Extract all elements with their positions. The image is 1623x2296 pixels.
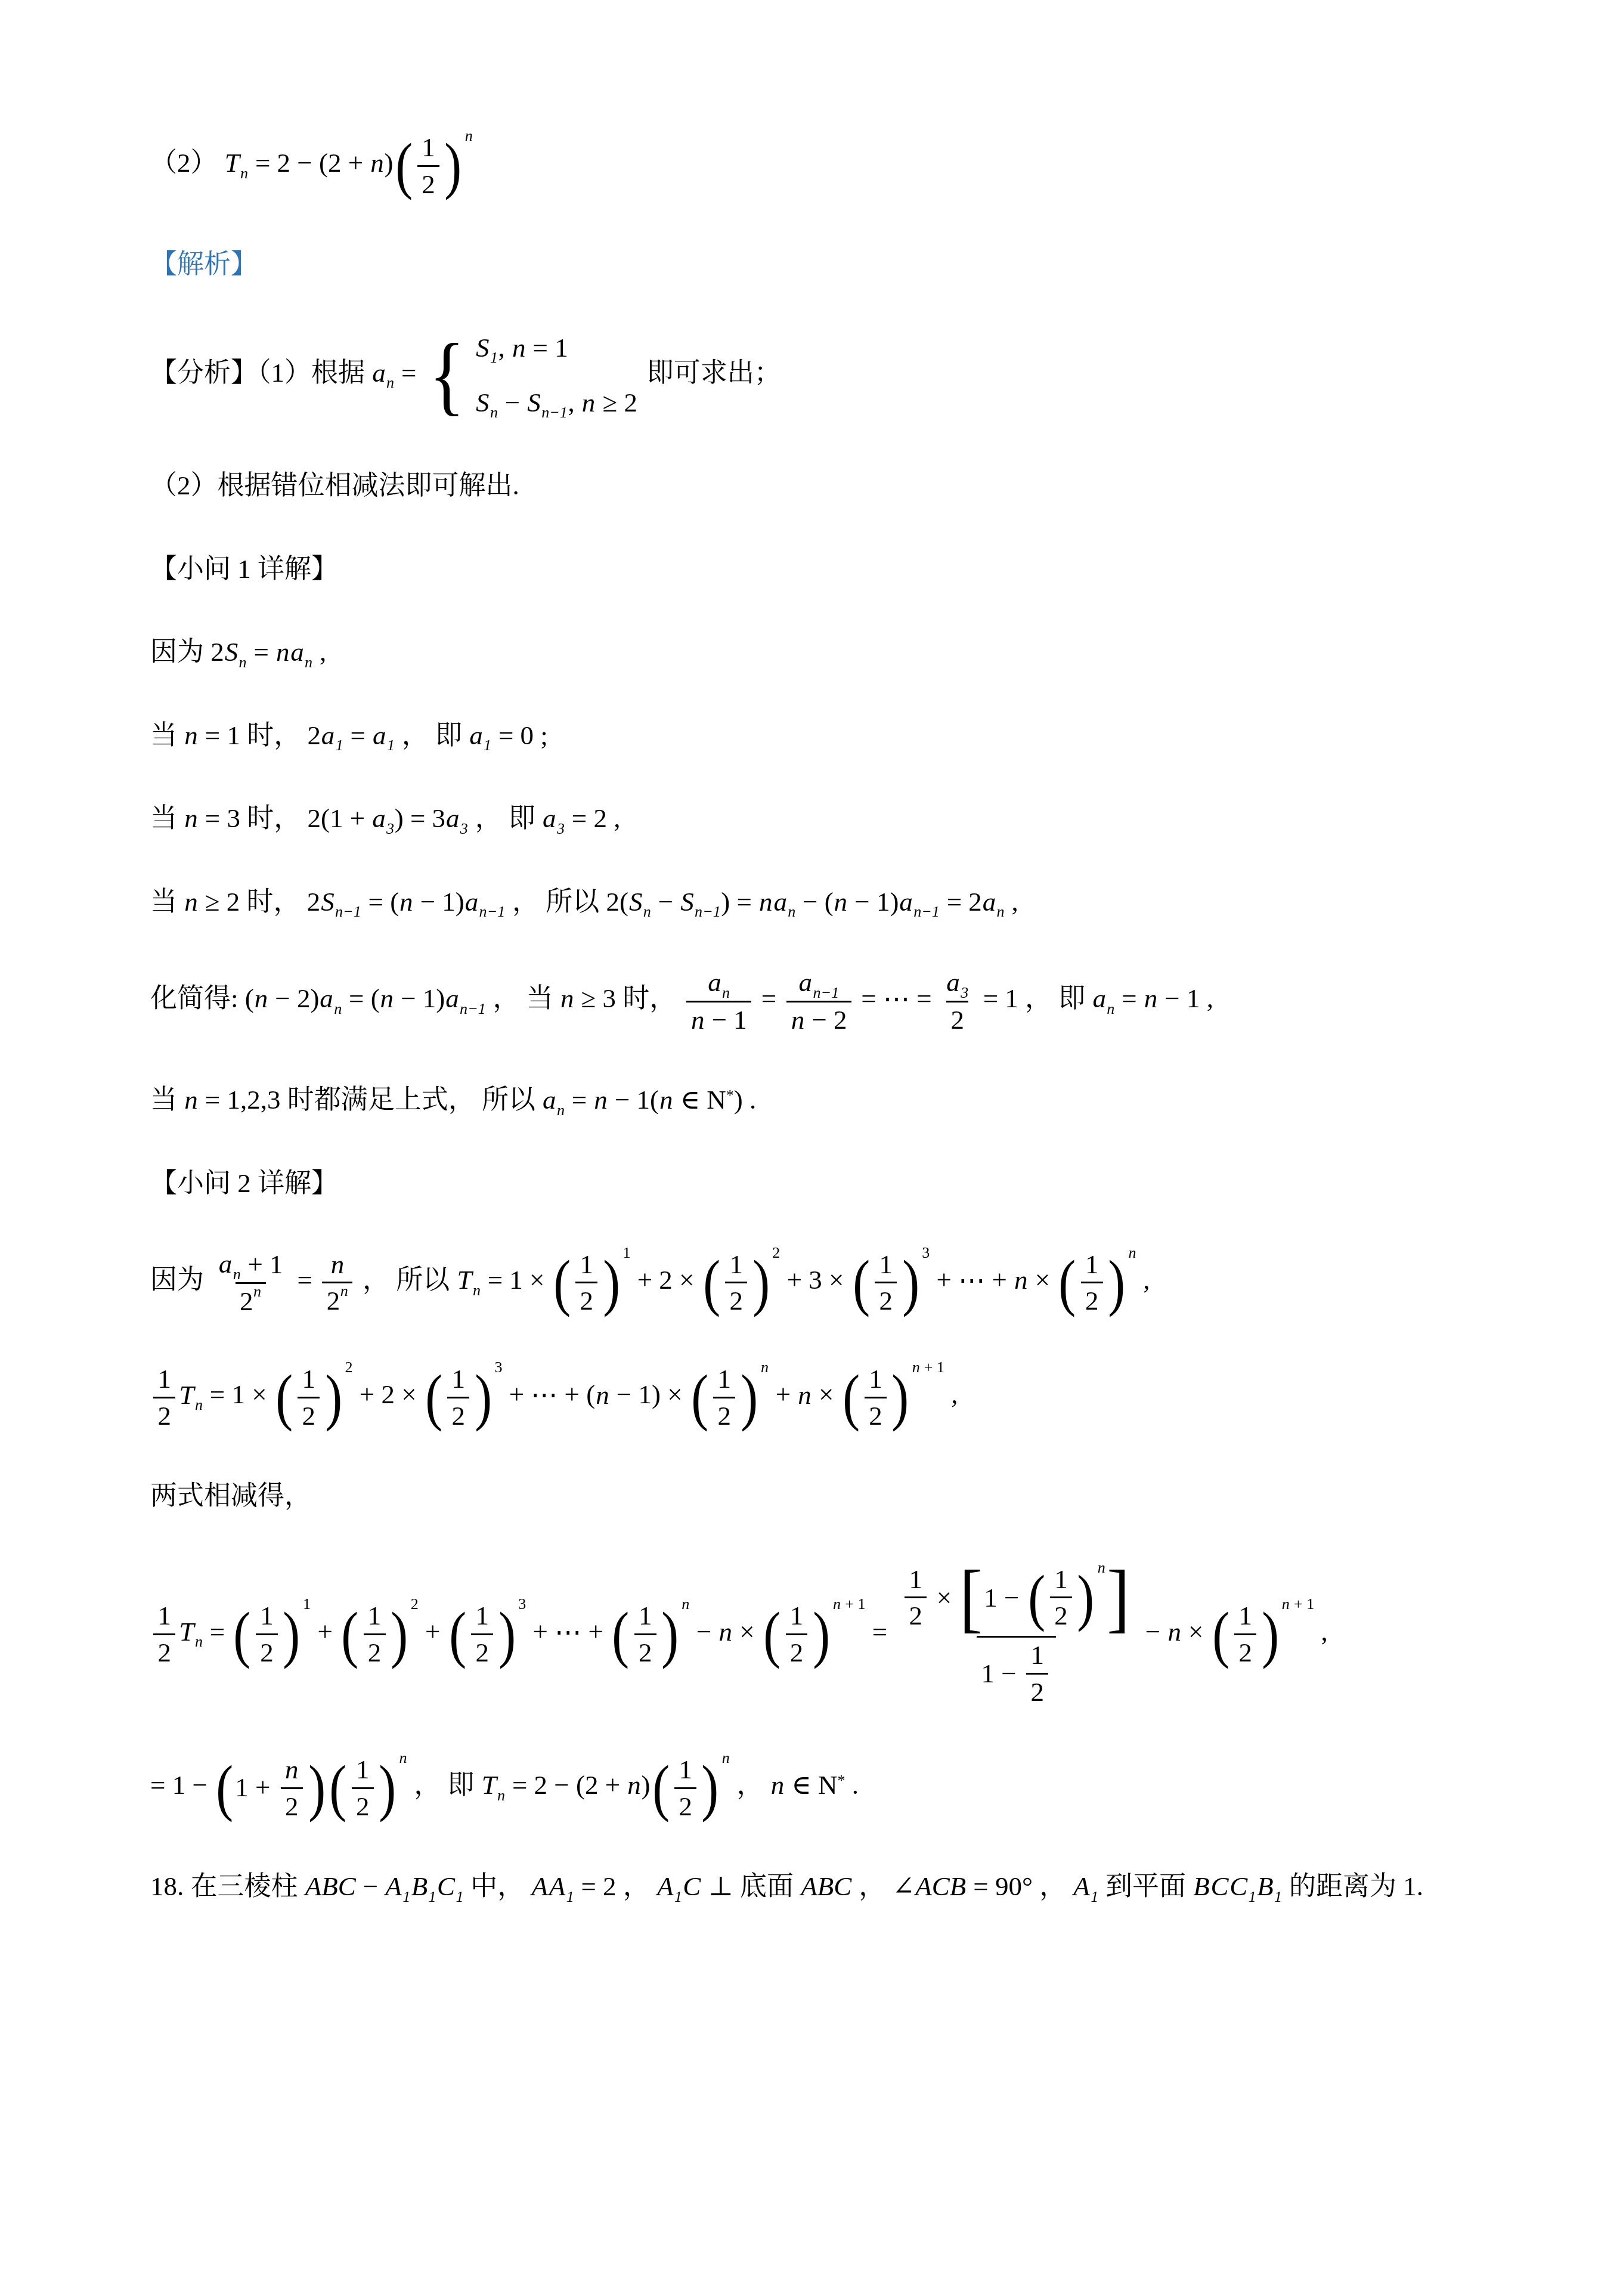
step-tn-series: 因为 an + 12n = n2n ， 所以 Tn = 1 × (12)1 + … — [150, 1246, 1486, 1319]
step-subtract-note: 两式相减得， — [150, 1476, 1486, 1517]
subquestion1-header: 【小问 1 详解】 — [150, 549, 1486, 590]
step-n-equals-1: 当 n = 1 时， 2a1 = a1 ， 即 a1 = 0 ; — [150, 716, 1486, 756]
step-n-ge-2: 当 n ≥ 2 时， 2Sn−1 = (n − 1)an−1 ， 所以 2(Sn… — [150, 882, 1486, 923]
step-conclusion-part1: 当 n = 1,2,3 时都满足上式， 所以 an = n − 1(n ∈ N*… — [150, 1080, 1486, 1121]
analysis-part1: 【分析】（1）根据 an = {S1, n = 1Sn − Sn−1, n ≥ … — [150, 328, 1486, 423]
step-half-tn-series: 12Tn = 1 × (12)2 + 2 × (12)3 + ⋯ + (n − … — [150, 1361, 1486, 1433]
step-final-result: = 1 − (1 + n2)(12)n ， 即 Tn = 2 − (2 + n)… — [150, 1752, 1486, 1824]
problem-18-statement: 18. 在三棱柱 ABC − A1B1C1 中， AA1 = 2 ， A1C ⊥… — [150, 1867, 1486, 1907]
analysis-part2: （2）根据错位相减法即可解出. — [150, 466, 1486, 506]
step-given: 因为 2Sn = nan , — [150, 632, 1486, 673]
step-n-equals-3: 当 n = 3 时， 2(1 + a3) = 3a3 ， 即 a3 = 2 , — [150, 799, 1486, 839]
step-subtract-formula: 12Tn = (12)1 + (12)2 + (12)3 + ⋯ + (12)n… — [150, 1559, 1486, 1709]
page: （2） Tn = 2 − (2 + n)(12)n【解析】【分析】（1）根据 a… — [0, 0, 1623, 2296]
step-simplify: 化简得: (n − 2)an = (n − 1)an−1 ， 当 n ≥ 3 时… — [150, 965, 1486, 1037]
document-body: （2） Tn = 2 − (2 + n)(12)n【解析】【分析】（1）根据 a… — [150, 130, 1486, 1907]
answer-part2-formula: （2） Tn = 2 − (2 + n)(12)n — [150, 130, 1486, 202]
section-jiexi-header: 【解析】 — [150, 245, 1486, 285]
subquestion2-header: 【小问 2 详解】 — [150, 1164, 1486, 1204]
